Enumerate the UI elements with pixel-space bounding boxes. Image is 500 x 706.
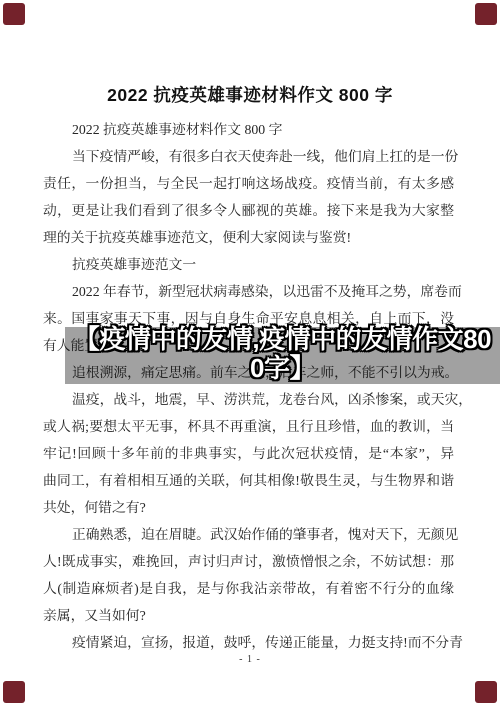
page-number: - 1 - [0,654,500,665]
text-line: 动，更是让我们看到了很多令人郦视的英雄。接下来是我为大家整 [43,197,454,224]
corner-mark-bottom-right [475,681,497,703]
text-line: 当下疫情严峻，有很多白衣天使奔赴一线，他们肩上扛的是一份 [43,143,454,170]
text-line: 疫情紧迫，宣扬，报道，鼓呼，传递正能量，力挺支持!而不分青 [43,629,454,656]
text-line: 理的关于抗疫英雄事迹范文，便利大家阅读与鉴赏! [43,224,454,251]
text-line: 正确熟悉，迫在眉睫。武汉始作俑的肇事者，愧对天下，无颜见 [43,521,454,548]
corner-mark-top-right [475,3,497,25]
text-line: 曲同工，有着相相互通的关联，何其相像!敬畏生灵，与生物界和谐 [43,467,454,494]
text-line: 抗疫英雄事迹范文一 [43,251,454,278]
text-line: 或人祸;要想太平无事，杯具不再重演，且行且珍惜，血的教训，当 [43,413,454,440]
text-line: 温疫，战斗，地震，早、涝洪荒，龙卷台风，凶杀惨案，或天灾， [43,386,454,413]
document-page: 2022 抗疫英雄事迹材料作文 800 字 2022 抗疫英雄事迹材料作文 80… [0,0,500,706]
watermark-text: 【疫情中的友情,疫情中的友情作文800字】 [65,325,500,383]
watermark-line: 0字】 [65,354,500,383]
text-line: 2022 年春节，新型冠状病毒感染，以迅雷不及掩耳之势，席卷而 [43,278,454,305]
corner-mark-bottom-left [3,681,25,703]
text-line: 共处，何错之有? [43,494,454,521]
page-title: 2022 抗疫英雄事迹材料作文 800 字 [0,82,500,107]
watermark-line: 【疫情中的友情,疫情中的友情作文80 [65,325,500,354]
corner-mark-top-left [3,3,25,25]
text-line: 人!既成事实，难挽回，声讨归声讨，激愤憎恨之余，不妨试想：那 [43,548,454,575]
text-line: 责任，一份担当，与全民一起打响这场战疫。疫情当前，有太多感 [43,170,454,197]
text-line: 人(制造麻烦者)是自我，是与你我沾亲带故，有着密不行分的血缘 [43,575,454,602]
text-line: 亲属，又当如何? [43,602,454,629]
text-line: 牢记!回顾十多年前的非典事实，与此次冠状疫情，是“本家”，异 [43,440,454,467]
text-line: 2022 抗疫英雄事迹材料作文 800 字 [43,116,454,143]
document-body: 2022 抗疫英雄事迹材料作文 800 字当下疫情严峻，有很多白衣天使奔赴一线，… [43,116,454,656]
